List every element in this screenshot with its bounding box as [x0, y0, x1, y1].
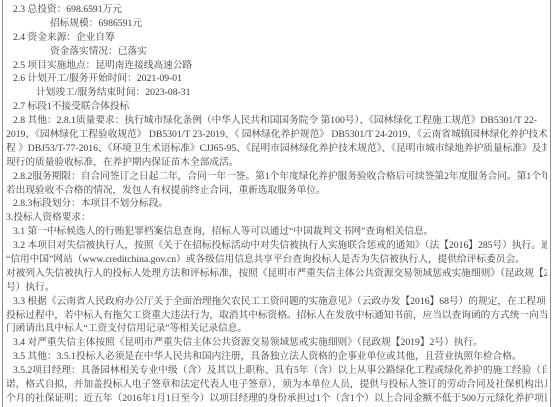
- document-line: 门函请出具中标人“工资支付信用记录”等相关记录信息。: [6, 322, 547, 336]
- document-line: 诺，格式自拟，并加盖投标人电子签章和法定代表人电子签章），须为本单位人员，提供与…: [6, 378, 547, 392]
- document-line: 3.1 第一中标候选人的行贿犯罪档案信息查询，招标人等可以通过“中国裁判文书网”…: [6, 225, 547, 239]
- tender-notice-page: 2.3 总投资：698.6591万元招标规模：6986591元2.4 资金来源：…: [0, 0, 554, 407]
- document-line: 2.3 总投资：698.6591万元: [6, 3, 547, 17]
- document-line: 2019、《园林绿化工程验收规范》 DB5301/T 23-2019、《 园林绿…: [6, 128, 547, 142]
- document-line: 3.5 其他：3.5.1投标人必须是在中华人民共和国内注册，具备独立法人资格的企…: [6, 350, 547, 364]
- document-line: 招标规模：6986591元: [6, 17, 547, 31]
- document-line: 3.投标人资格要求：: [6, 211, 547, 225]
- document-line: 若出现验收不合格的情况，发包人有权提前终止合同，重新选取服务单位。: [6, 184, 547, 198]
- document-line: 程 》DBJ53/T-77-2016、《环境卫生术语标准》CJJ65-95、《昆…: [6, 142, 547, 156]
- document-line: 投标过程中，若中标人有拖欠工资重大违法行为，取消其中标资格。招标人在发放中标通知…: [6, 309, 547, 323]
- document-line: 2.6 计划开工/服务开始时间：2021-09-01: [6, 72, 547, 86]
- document-line: 现行的质量验收标准，在养护期内保证苗木全部成活。: [6, 156, 547, 170]
- document-line: 2.8.3标段划分：本项目不划分标段。: [6, 197, 547, 211]
- document-line: 2.8 其他：2.8.1质量要求：执行城市绿化条例（中华人民共和国国务院令 第1…: [6, 114, 547, 128]
- document-line: 3.2 本项目对失信被执行人，按照《关于在招标投标活动中对失信被执行人实施联合惩…: [6, 239, 547, 253]
- document-line: 2.4 资金来源：企业自筹: [6, 31, 547, 45]
- document-line: 个月的社保证明；近五年（2016年1月1日至今）以项目经理的身份承担过1个（含1…: [6, 392, 547, 406]
- document-line: 号）执行。: [6, 281, 547, 295]
- document-line: 3.5.2项目经理：具备园林相关专业中级（含）及其以上职称、具有5年（含）以上从…: [6, 364, 547, 378]
- document-line: 资金落实情况：已落实: [6, 45, 547, 59]
- document-line: 2.8.2服务期限：自合同签订之日起二年，合同一年一签。第1个年度绿化养护服务验…: [6, 170, 547, 184]
- document-line: “信用中国”网站（www.creditchina.gov.cn）或各级信用信息共…: [6, 253, 547, 267]
- document-line: 3.4 对严重失信主体按照《昆明市严重失信主体公共资源交易领域惩戒实施细则》（昆…: [6, 336, 547, 350]
- document-line: 2.7 标段1不接受联合体投标: [6, 100, 547, 114]
- document-line: 计划竣工/服务结束时间：2023-08-31: [6, 86, 547, 100]
- document-cell: 2.3 总投资：698.6591万元招标规模：6986591元2.4 资金来源：…: [2, 0, 551, 407]
- document-line: 2.5 项目实施地点：昆明南连接线高速公路: [6, 59, 547, 73]
- document-line: 3.3 根据《云南省人民政府办公厅关于全面治理拖欠农民工工资问题的实施意见》（云…: [6, 295, 547, 309]
- document-line: 对被列入失信被执行人的投标人处理方法和评标标准，按照《昆明市严重失信主体公共资源…: [6, 267, 547, 281]
